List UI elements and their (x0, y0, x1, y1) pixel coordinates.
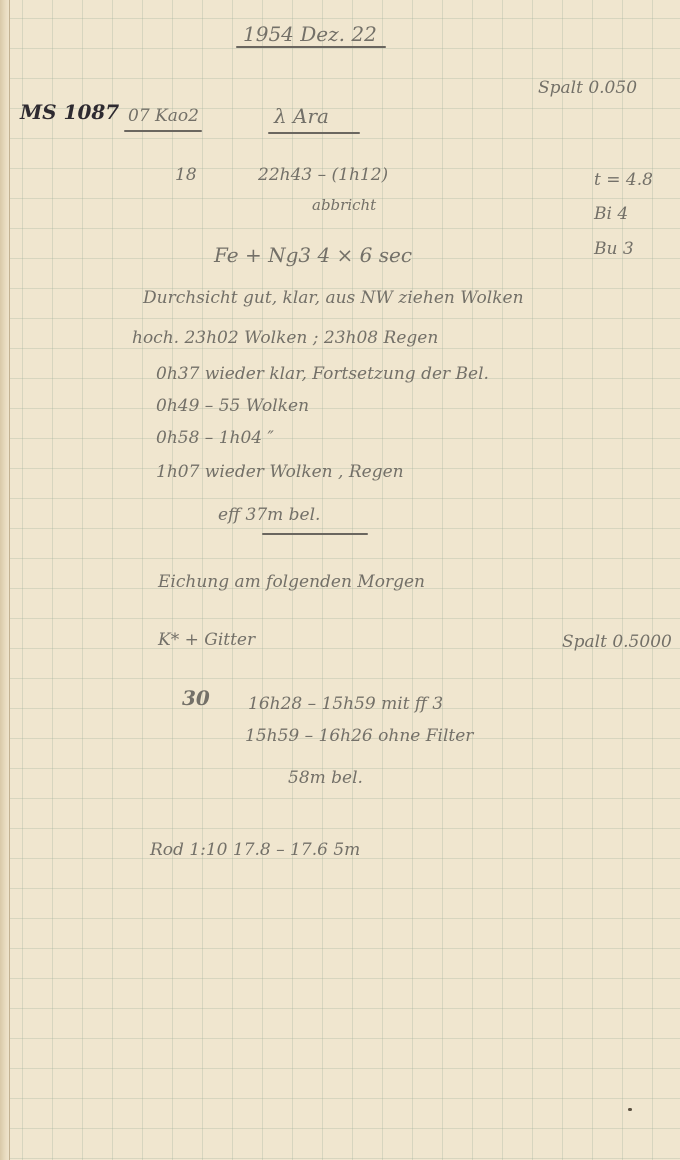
emulsion-type: 07 Kao2 (128, 106, 199, 126)
observing-note-6: 1h07 wieder Wolken , Regen (156, 462, 404, 482)
calibration-intro: Eichung am folgenden Morgen (158, 572, 425, 592)
page-binding-edge (0, 0, 10, 1160)
footer-measurement: Rod 1:10 17.8 – 17.6 5m (150, 840, 360, 860)
plate-id: MS 1087 (20, 100, 119, 124)
notebook-page: 1954 Dez. 22 MS 1087 07 Kao2 λ Ara Spalt… (0, 0, 680, 1160)
exposure-underline (262, 533, 368, 535)
side-param-bu: Bu 3 (594, 239, 634, 259)
side-param-bi: Bi 4 (594, 204, 628, 224)
observing-note-5: 0h58 – 1h04 ″ (156, 428, 274, 448)
exposure-time-range-1: 22h43 – (1h12) (258, 165, 388, 185)
target-star: λ Ara (274, 104, 329, 128)
observing-note-1: Durchsicht gut, klar, aus NW ziehen Wolk… (143, 288, 524, 308)
effective-exposure-2: 58m bel. (288, 768, 363, 788)
emulsion-underline (124, 130, 202, 132)
paper-speck (628, 1108, 632, 1111)
slit-width-2: Spalt 0.5000 (562, 632, 672, 652)
exposure-number-1: 18 (175, 165, 197, 185)
calibration-source: K* + Gitter (158, 630, 255, 650)
calibration-line-2: 15h59 – 16h26 ohne Filter (245, 726, 473, 746)
side-param-t: t = 4.8 (594, 170, 653, 190)
date-underline (236, 46, 386, 48)
effective-exposure-1: eff 37m bel. (218, 505, 320, 525)
calibration-line-1: 16h28 – 15h59 mit ff 3 (248, 694, 443, 714)
comparison-source: Fe + Ng3 4 × 6 sec (214, 243, 412, 267)
exposure-time-note: abbricht (312, 196, 376, 214)
slit-width-1: Spalt 0.050 (538, 78, 637, 98)
observing-note-4: 0h49 – 55 Wolken (156, 396, 309, 416)
page-date: 1954 Dez. 22 (243, 22, 377, 46)
target-underline (268, 132, 360, 134)
observing-note-3: 0h37 wieder klar, Fortsetzung der Bel. (156, 364, 489, 384)
exposure-number-2: 30 (182, 686, 210, 710)
observing-note-2: hoch. 23h02 Wolken ; 23h08 Regen (132, 328, 438, 348)
